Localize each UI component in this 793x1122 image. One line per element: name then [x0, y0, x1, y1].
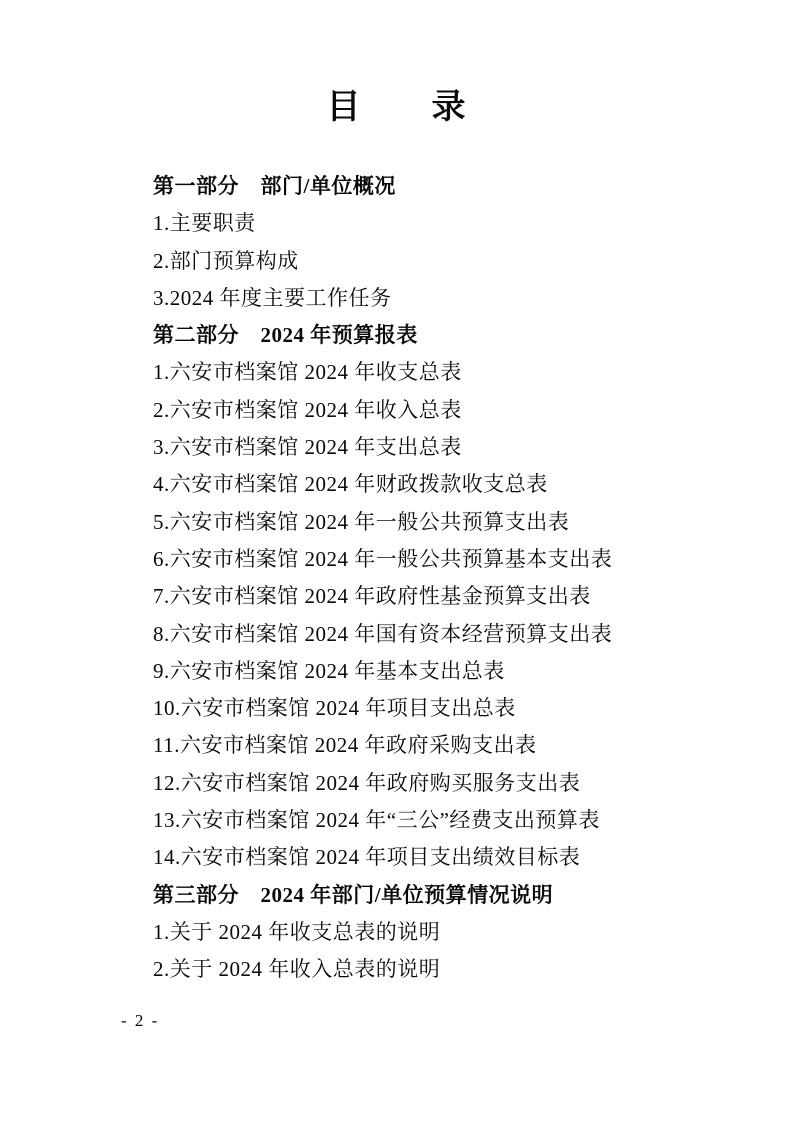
toc-section-heading: 第三部分 2024 年部门/单位预算情况说明	[153, 877, 753, 914]
document-page: 目 录 第一部分 部门/单位概况1.主要职责2.部门预算构成3.2024 年度主…	[0, 0, 793, 1122]
toc-item: 3.2024 年度主要工作任务	[153, 280, 753, 317]
toc-item: 2.部门预算构成	[153, 243, 753, 280]
toc-list: 第一部分 部门/单位概况1.主要职责2.部门预算构成3.2024 年度主要工作任…	[0, 168, 793, 989]
toc-section-heading: 第二部分 2024 年预算报表	[153, 317, 753, 354]
toc-item: 1.主要职责	[153, 205, 753, 242]
toc-item: 13.六安市档案馆 2024 年“三公”经费支出预算表	[153, 802, 753, 839]
toc-item: 7.六安市档案馆 2024 年政府性基金预算支出表	[153, 578, 753, 615]
toc-item: 6.六安市档案馆 2024 年一般公共预算基本支出表	[153, 541, 753, 578]
toc-item: 11.六安市档案馆 2024 年政府采购支出表	[153, 727, 753, 764]
toc-item: 12.六安市档案馆 2024 年政府购买服务支出表	[153, 765, 753, 802]
toc-item: 5.六安市档案馆 2024 年一般公共预算支出表	[153, 504, 753, 541]
toc-item: 1.关于 2024 年收支总表的说明	[153, 914, 753, 951]
toc-section-heading: 第一部分 部门/单位概况	[153, 168, 753, 205]
toc-item: 2.六安市档案馆 2024 年收入总表	[153, 392, 753, 429]
toc-item: 1.六安市档案馆 2024 年收支总表	[153, 354, 753, 391]
page-number: - 2 -	[121, 1010, 159, 1032]
toc-item: 2.关于 2024 年收入总表的说明	[153, 951, 753, 988]
toc-item: 4.六安市档案馆 2024 年财政拨款收支总表	[153, 466, 753, 503]
toc-item: 3.六安市档案馆 2024 年支出总表	[153, 429, 753, 466]
toc-item: 8.六安市档案馆 2024 年国有资本经营预算支出表	[153, 616, 753, 653]
toc-item: 9.六安市档案馆 2024 年基本支出总表	[153, 653, 753, 690]
toc-item: 14.六安市档案馆 2024 年项目支出绩效目标表	[153, 839, 753, 876]
toc-item: 10.六安市档案馆 2024 年项目支出总表	[153, 690, 753, 727]
page-title: 目 录	[0, 86, 793, 130]
